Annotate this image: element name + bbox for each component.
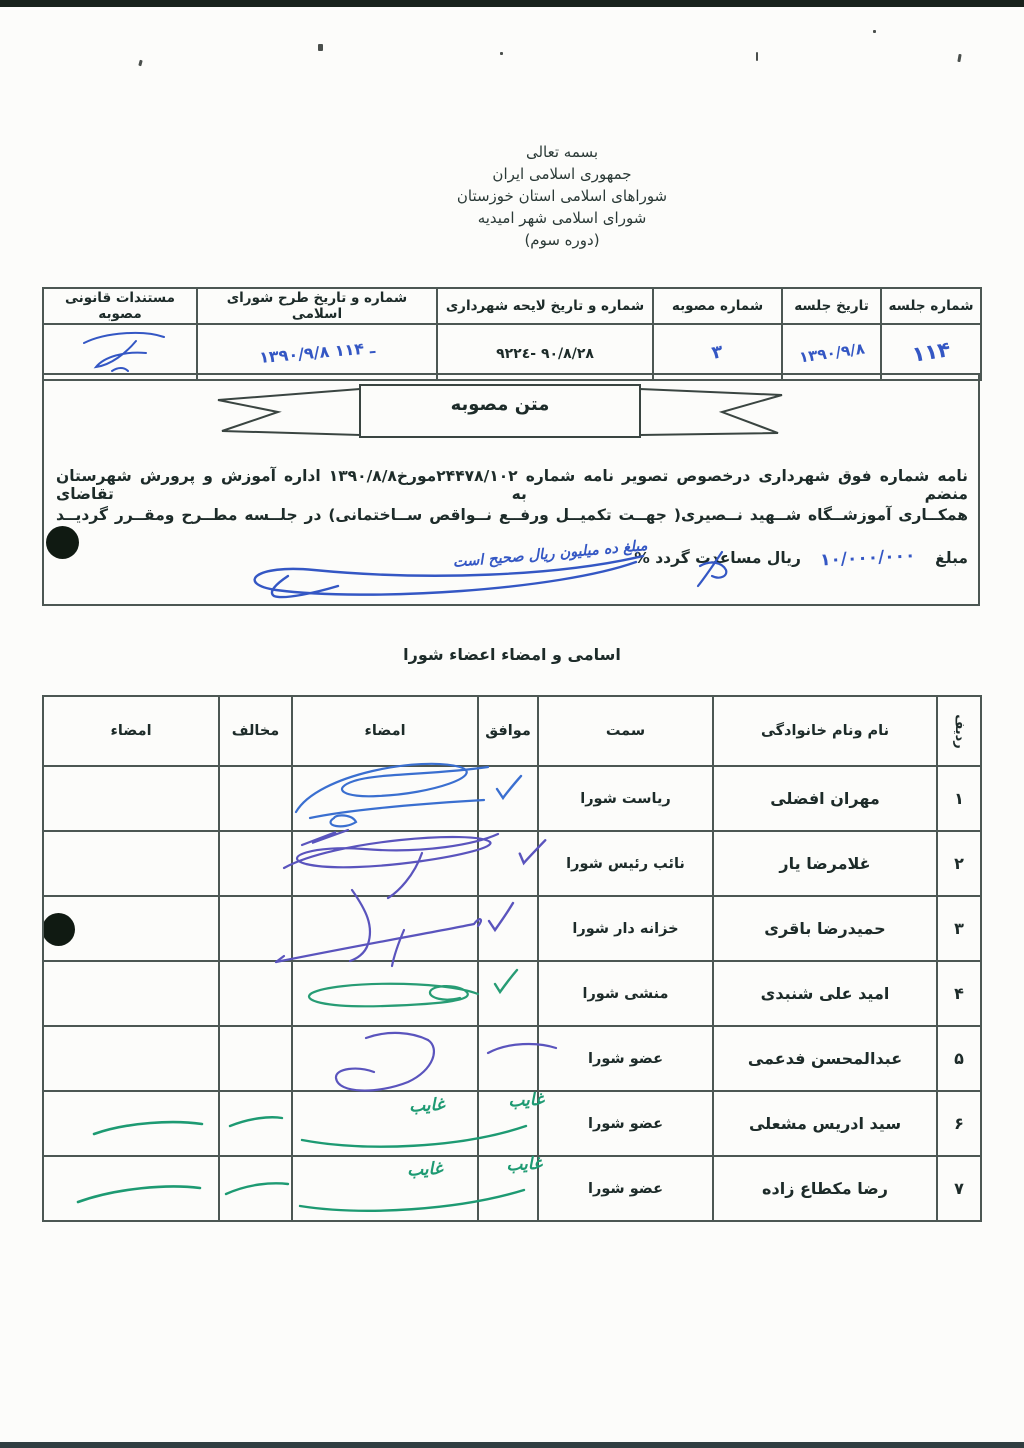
scan-speck xyxy=(318,44,323,51)
members-table: ردیف نام ونام خانوادگی سمت موافق امضاء م… xyxy=(42,695,982,1222)
member-agree-cell xyxy=(478,896,538,961)
member-oppose-cell xyxy=(219,1091,292,1156)
member-position: عضو شورا xyxy=(538,1026,713,1091)
letterhead-line-term: (دوره سوم) xyxy=(262,229,862,251)
member-row: ۱ مهران افضلی ریاست شورا xyxy=(43,766,981,831)
letterhead-line-city-council: شورای اسلامی شهر امیدیه xyxy=(262,207,862,229)
member-row: ۴ امید علی شنبدی منشی شورا xyxy=(43,961,981,1026)
member-name: رضا مکطاع زاده xyxy=(713,1156,937,1221)
meta-table: شماره جلسه تاریخ جلسه شماره مصوبه شماره … xyxy=(42,287,982,381)
scan-speck xyxy=(873,30,876,33)
member-name: سید ادریس مشعلی xyxy=(713,1091,937,1156)
member-no: ۳ xyxy=(937,896,981,961)
member-name: غلامرضا یار xyxy=(713,831,937,896)
member-no: ۶ xyxy=(937,1091,981,1156)
amount-suffix: ریال مساعدت گردد % xyxy=(634,549,801,567)
scanned-document-page: بسمه تعالی جمهوری اسلامی ایران شوراهای ا… xyxy=(0,0,1024,1448)
member-oppose-cell xyxy=(219,961,292,1026)
member-row: ۵ عبدالمحسن فدعمی عضو شورا xyxy=(43,1026,981,1091)
member-oppose-cell xyxy=(219,1026,292,1091)
meta-value-plan: ۱۳۹۰/۹/۸ ـ ۱۱۴ xyxy=(197,324,437,380)
members-section-title: اسامی و امضاء اعضاء شورا xyxy=(0,645,1024,664)
member-name: عبدالمحسن فدعمی xyxy=(713,1026,937,1091)
member-signature2-cell xyxy=(43,896,219,961)
scan-speck xyxy=(957,54,961,62)
member-no: ۴ xyxy=(937,961,981,1026)
member-no: ۲ xyxy=(937,831,981,896)
member-agree-cell xyxy=(478,831,538,896)
member-signature2-cell xyxy=(43,1026,219,1091)
member-signature-cell xyxy=(292,896,478,961)
member-position: خزانه دار شورا xyxy=(538,896,713,961)
meta-value-bill: ٩٠/٨/٢٨ -٩٢٢٤ xyxy=(437,324,653,380)
members-header-row: ردیف نام ونام خانوادگی سمت موافق امضاء م… xyxy=(43,696,981,766)
members-header-name: نام ونام خانوادگی xyxy=(713,696,937,766)
member-signature2-cell xyxy=(43,961,219,1026)
member-row: ۳ حمیدرضا باقری خزانه دار شورا xyxy=(43,896,981,961)
member-no: ۱ xyxy=(937,766,981,831)
amount-label: مبلغ xyxy=(935,549,968,567)
members-header-signature: امضاء xyxy=(292,696,478,766)
member-signature-cell xyxy=(292,831,478,896)
letterhead-line-basmala: بسمه تعالی xyxy=(262,141,862,163)
member-signature-cell xyxy=(292,961,478,1026)
scan-speck xyxy=(138,60,142,67)
member-oppose-cell xyxy=(219,1156,292,1221)
members-header-row-no: ردیف xyxy=(937,696,981,766)
resolution-text-line1: نامه شماره فوق شهرداری درخصوص تصویر نامه… xyxy=(56,467,968,503)
member-signature2-cell xyxy=(43,766,219,831)
meta-value-legal-docs xyxy=(43,324,197,380)
meta-header-bill: شماره و تاریخ لایحه شهرداری xyxy=(437,288,653,324)
members-header-position: سمت xyxy=(538,696,713,766)
members-header-signature2: امضاء xyxy=(43,696,219,766)
member-signature-cell xyxy=(292,766,478,831)
legal-docs-signature xyxy=(66,327,176,377)
member-oppose-cell xyxy=(219,896,292,961)
member-name: مهران افضلی xyxy=(713,766,937,831)
member-position: عضو شورا xyxy=(538,1156,713,1221)
member-name: حمیدرضا باقری xyxy=(713,896,937,961)
resolution-banner-title: متن مصوبه xyxy=(212,394,788,415)
scan-edge-top xyxy=(0,0,1024,7)
member-position: نائب رئیس شورا xyxy=(538,831,713,896)
meta-value-session-date: ۱۳۹۰/۹/۸ xyxy=(782,324,881,380)
members-header-oppose: مخالف xyxy=(219,696,292,766)
member-position: عضو شورا xyxy=(538,1091,713,1156)
member-no: ۵ xyxy=(937,1026,981,1091)
member-agree-cell xyxy=(478,1026,538,1091)
member-signature2-cell xyxy=(43,831,219,896)
member-signature2-cell xyxy=(43,1156,219,1221)
member-agree-cell xyxy=(478,766,538,831)
scan-speck xyxy=(500,52,503,55)
member-signature-cell xyxy=(292,1026,478,1091)
member-oppose-cell xyxy=(219,766,292,831)
member-row: ۲ غلامرضا یار نائب رئیس شورا xyxy=(43,831,981,896)
letterhead-line-province-councils: شوراهای اسلامی استان خوزستان xyxy=(262,185,862,207)
member-no: ۷ xyxy=(937,1156,981,1221)
member-oppose-cell xyxy=(219,831,292,896)
meta-header-legal-docs: مستندات قانونی مصوبه xyxy=(43,288,197,324)
resolution-text-line2: همکــاری آموزشــگاه شــهید نــصیری( جهــ… xyxy=(56,506,968,524)
meta-header-plan: شماره و تاریخ طرح شورای اسلامی xyxy=(197,288,437,324)
member-signature2-cell xyxy=(43,1091,219,1156)
meta-header-session-date: تاریخ جلسه xyxy=(782,288,881,324)
member-agree-cell xyxy=(478,961,538,1026)
meta-header-session-no: شماره جلسه xyxy=(881,288,981,324)
meta-value-resolution-no: ۳ xyxy=(653,324,782,380)
member-name: امید علی شنبدی xyxy=(713,961,937,1026)
letterhead: بسمه تعالی جمهوری اسلامی ایران شوراهای ا… xyxy=(262,141,862,251)
scan-speck xyxy=(756,52,758,61)
meta-header-resolution-no: شماره مصوبه xyxy=(653,288,782,324)
letterhead-line-republic: جمهوری اسلامی ایران xyxy=(262,163,862,185)
scan-edge-bottom xyxy=(0,1442,1024,1448)
member-position: ریاست شورا xyxy=(538,766,713,831)
member-position: منشی شورا xyxy=(538,961,713,1026)
punch-hole xyxy=(46,526,79,559)
meta-value-session-no: ۱۱۴ xyxy=(881,324,981,380)
members-header-agree: موافق xyxy=(478,696,538,766)
amount-handwritten-value: ۱۰/۰۰۰/۰۰۰ xyxy=(820,546,916,571)
